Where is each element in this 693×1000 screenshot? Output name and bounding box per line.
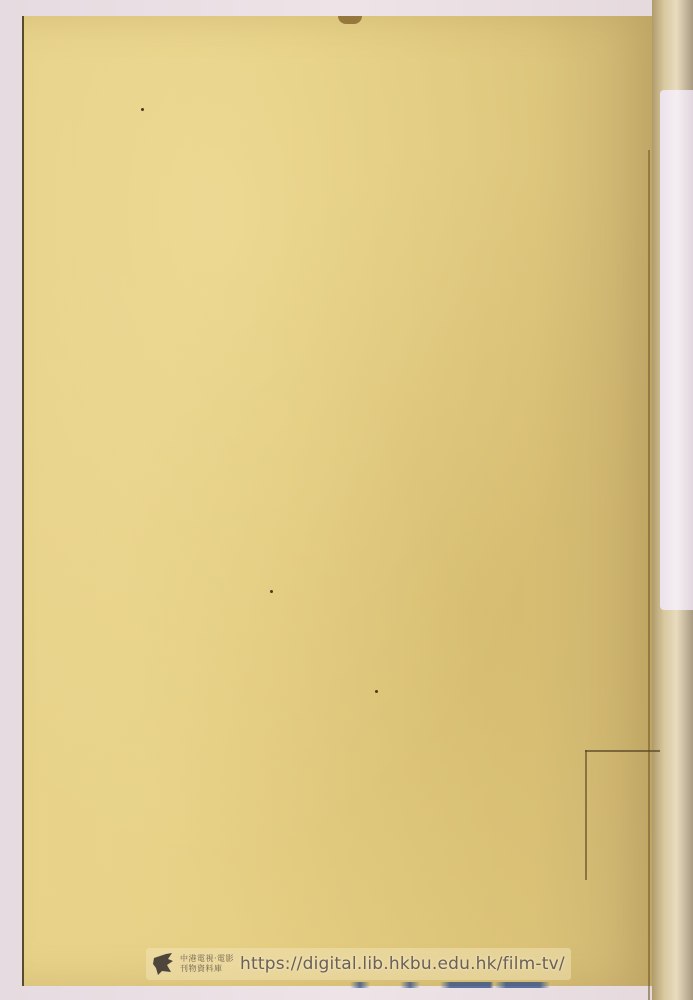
paper-speck	[375, 690, 378, 693]
logo-line-1: 中港電視·電影	[180, 954, 234, 964]
watermark-url: https://digital.lib.hkbu.edu.hk/film-tv/	[240, 954, 565, 974]
blue-ink-marks	[350, 982, 550, 988]
spine-crease	[648, 150, 650, 1000]
spine-tape	[660, 90, 693, 610]
back-cover-page	[22, 16, 662, 986]
paper-tear-vertical	[585, 750, 587, 880]
paper-speck	[270, 590, 273, 593]
paper-speck	[141, 108, 144, 111]
library-watermark: 中港電視·電影 刊物資料庫 https://digital.lib.hkbu.e…	[146, 948, 571, 980]
paper-tear-horizontal	[585, 750, 660, 752]
watermark-logo-text: 中港電視·電影 刊物資料庫	[180, 954, 234, 974]
logo-line-2: 刊物資料庫	[180, 964, 234, 974]
film-archive-logo-icon	[152, 952, 174, 976]
